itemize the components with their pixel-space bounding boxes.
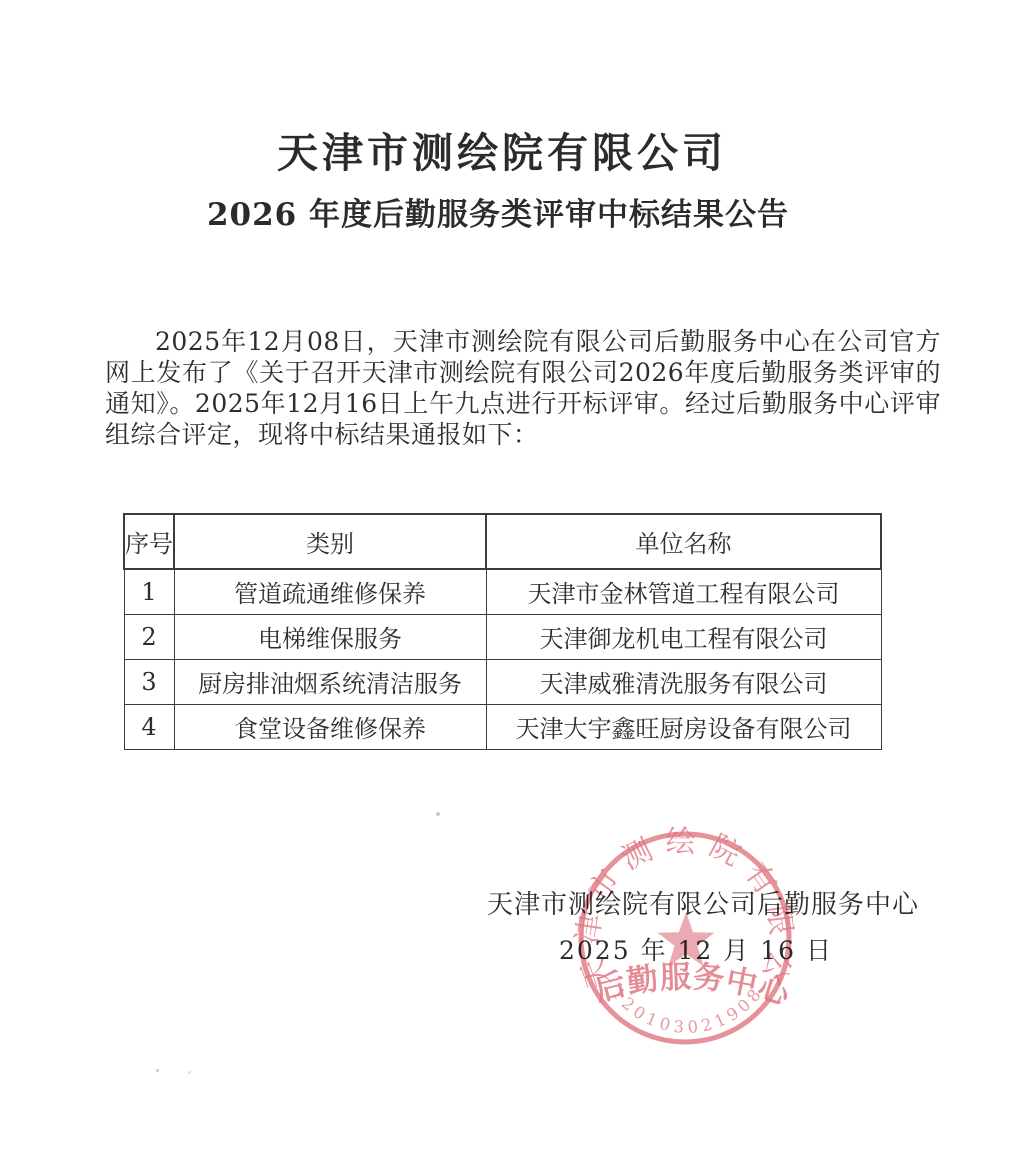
seal-banner-text: 后勤服务中心 <box>591 959 795 1013</box>
cell-no: 2 <box>124 614 174 659</box>
signature-organization: 天津市测绘院有限公司后勤服务中心 <box>487 884 919 921</box>
cell-company: 天津御龙机电工程有限公司 <box>486 614 881 659</box>
cell-company: 天津市金林管道工程有限公司 <box>486 569 881 614</box>
announcement-paragraph: 2025年12月08日，天津市测绘院有限公司后勤服务中心在公司官方网上发布了《关… <box>105 326 941 450</box>
cell-category: 食堂设备维修保养 <box>174 704 486 749</box>
table-header-row: 序号 类别 单位名称 <box>124 514 881 569</box>
scanned-document-page: 天津市测绘院有限公司 2026 年度后勤服务类评审中标结果公告 2025年12月… <box>0 0 1036 1168</box>
cell-no: 3 <box>124 659 174 704</box>
cell-category: 厨房排油烟系统清洁服务 <box>174 659 486 704</box>
bid-results-table: 序号 类别 单位名称 1 管道疏通维修保养 天津市金林管道工程有限公司 2 电梯… <box>123 513 882 750</box>
document-title: 天津市测绘院有限公司 <box>0 120 1004 179</box>
document-subtitle: 2026 年度后勤服务类评审中标结果公告 <box>0 189 996 234</box>
table-row: 1 管道疏通维修保养 天津市金林管道工程有限公司 <box>124 569 881 614</box>
cell-company: 天津威雅清洗服务有限公司 <box>486 659 881 704</box>
table-row: 4 食堂设备维修保养 天津大宇鑫旺厨房设备有限公司 <box>124 704 881 749</box>
scan-speck <box>188 1071 191 1074</box>
cell-no: 4 <box>124 704 174 749</box>
scan-speck <box>156 1069 159 1072</box>
cell-no: 1 <box>124 569 174 614</box>
header-serial-number: 序号 <box>124 514 174 569</box>
header-category: 类别 <box>174 514 486 569</box>
header-company-name: 单位名称 <box>486 514 881 569</box>
cell-category: 电梯维保服务 <box>174 614 486 659</box>
seal-serial-number: 1201030219082 <box>560 815 767 1037</box>
cell-company: 天津大宇鑫旺厨房设备有限公司 <box>486 704 881 749</box>
signature-date: 2025 年 12 月 16 日 <box>559 931 833 967</box>
scan-speck <box>436 812 440 816</box>
table-row: 3 厨房排油烟系统清洁服务 天津威雅清洗服务有限公司 <box>124 659 881 704</box>
cell-category: 管道疏通维修保养 <box>174 569 486 614</box>
table-row: 2 电梯维保服务 天津御龙机电工程有限公司 <box>124 614 881 659</box>
